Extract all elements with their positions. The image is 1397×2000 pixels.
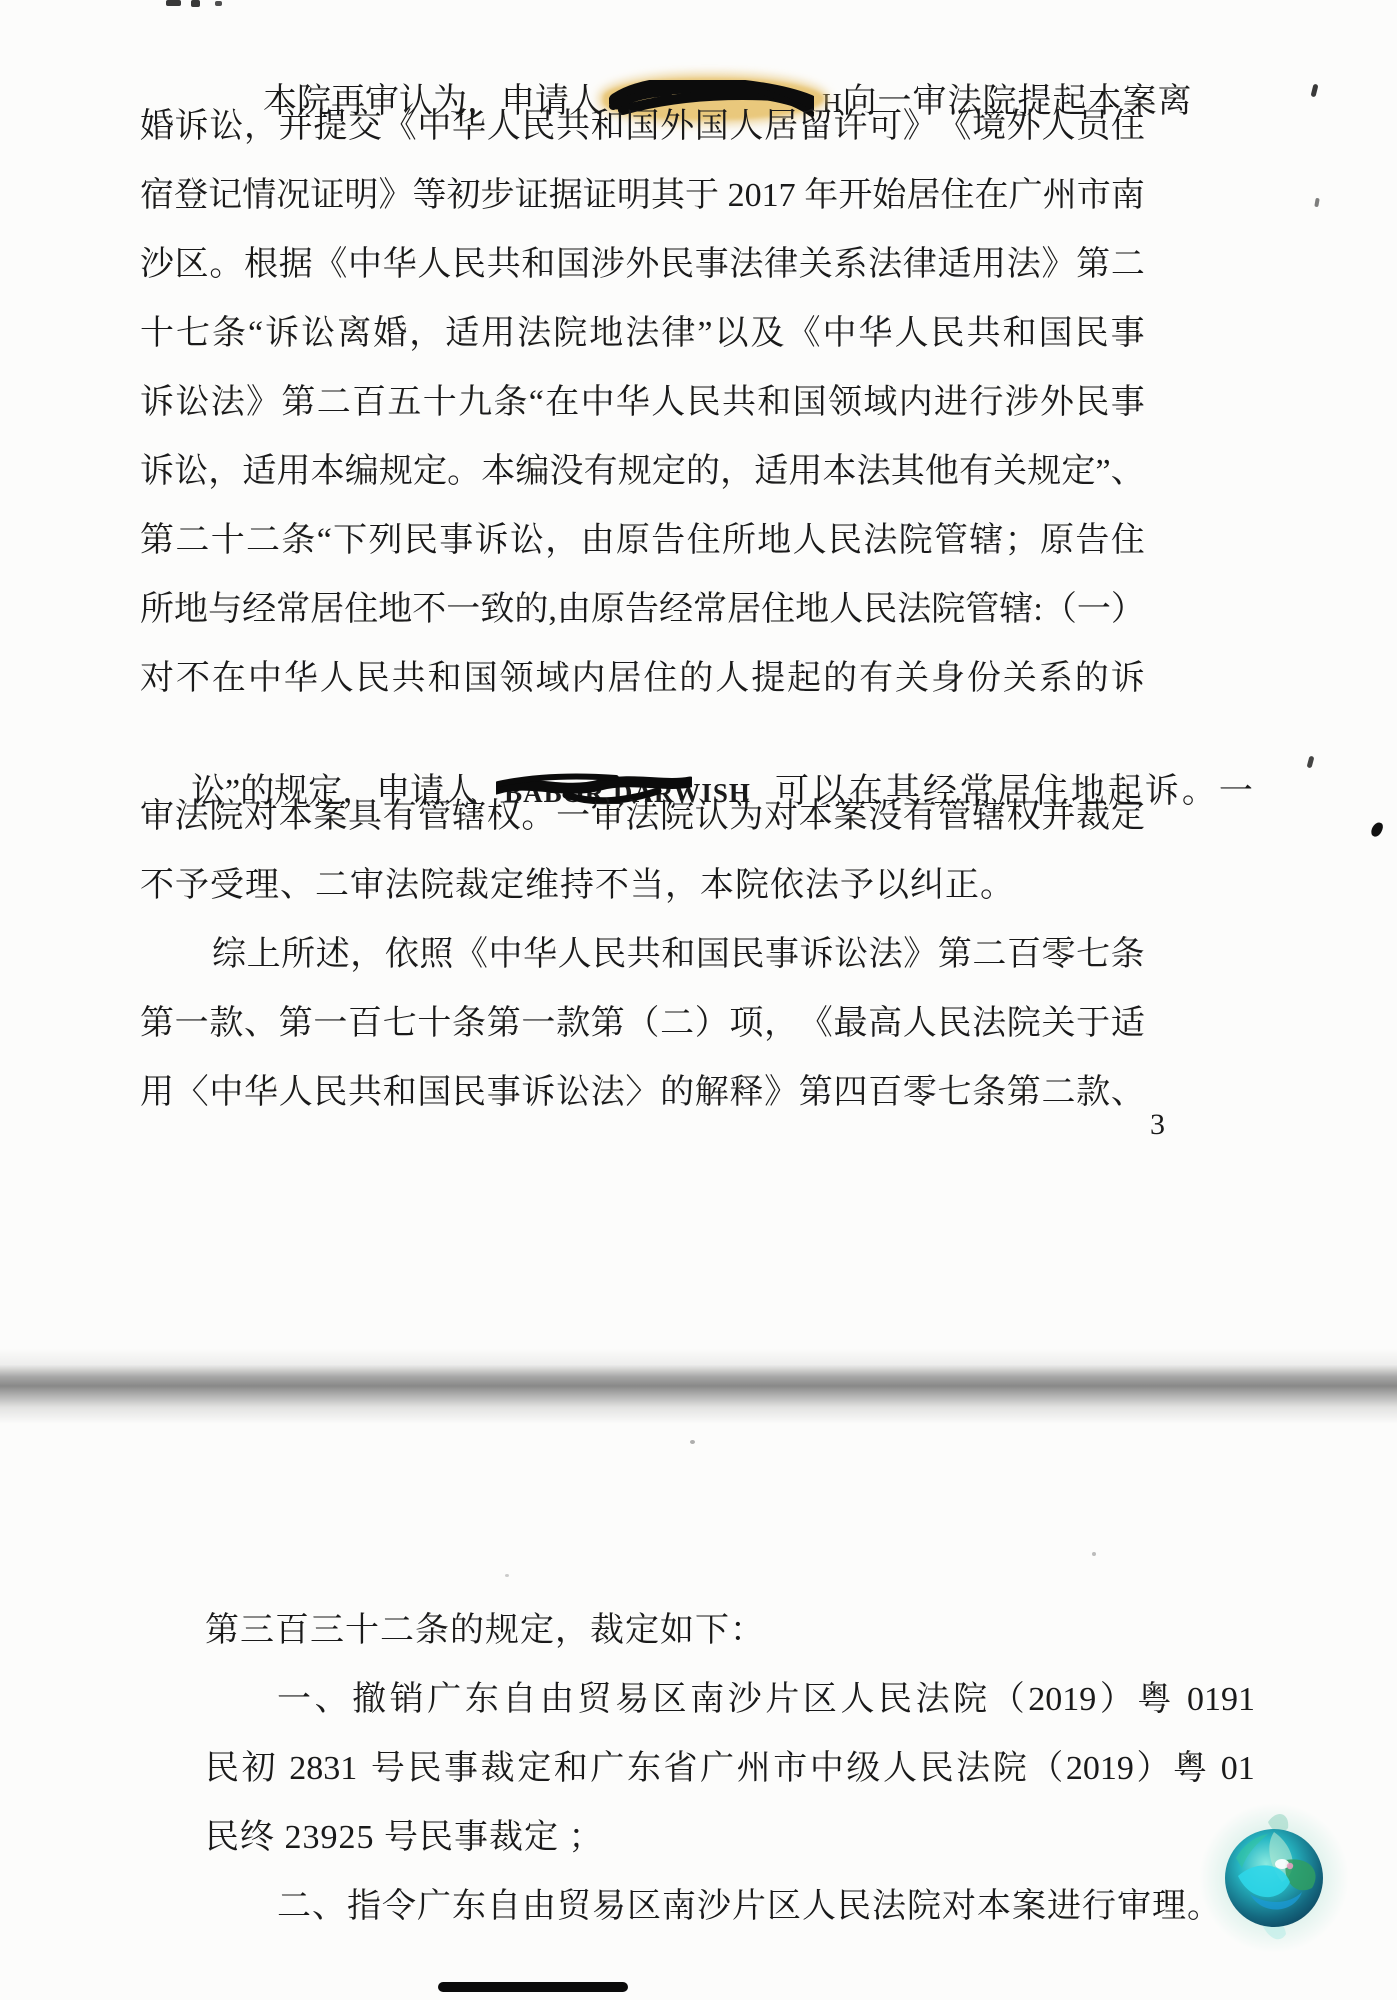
scan-speck xyxy=(1314,198,1320,208)
text-line: 所地与经常居住地不一致的,由原告经常居住地人民法院管辖:（一） xyxy=(140,588,1145,632)
scan-speck xyxy=(690,1440,695,1444)
sphere-logo-graphic xyxy=(1198,1802,1350,1954)
redaction-bar xyxy=(438,1982,628,1992)
text-line: 对不在中华人民共和国领域内居住的人提起的有关身份关系的诉 xyxy=(140,657,1145,701)
scan-speck xyxy=(1311,84,1319,98)
scan-speck xyxy=(505,1574,509,1577)
text-line: 二、指令广东自由贸易区南沙片区人民法院对本案进行审理。 xyxy=(277,1885,1255,1929)
page-2: 第三百三十二条的规定，裁定如下： 一、撤销广东自由贸易区南沙片区人民法院（201… xyxy=(0,1352,1397,2000)
text-line: 第二十二条“下列民事诉讼，由原告住所地人民法院管辖；原告住 xyxy=(140,519,1145,563)
text-line: 民终 23925 号民事裁定 ； xyxy=(205,1816,1255,1860)
text-line: 讼”的规定，申请人BABOR DARWISH可以在其经常居住地起诉。一 xyxy=(140,726,1145,770)
text-line: 不予受理、二审法院裁定维持不当，本院依法予以纠正。 xyxy=(140,864,1145,908)
sphere-logo xyxy=(1198,1802,1350,1954)
text-line: 宿登记情况证明》等初步证据证明其于 2017 年开始居住在广州市南 xyxy=(140,174,1145,218)
text-line: 沙区。根据《中华人民共和国涉外民事法律关系法律适用法》第二 xyxy=(140,243,1145,287)
page-1: 本院再审认为，申请人H向一审法院提起本案离 婚诉讼，并提交《中华人民共和国外国人… xyxy=(0,0,1397,1352)
text-line: 第三百三十二条的规定，裁定如下： xyxy=(205,1609,1255,1653)
text-line: 一、撤销广东自由贸易区南沙片区人民法院（2019）粤 0191 xyxy=(277,1678,1255,1722)
text-line: 综上所述，依照《中华人民共和国民事诉讼法》第二百零七条 xyxy=(212,933,1145,977)
text-line: 用〈中华人民共和国民事诉讼法〉的解释》第四百零七条第二款、 xyxy=(140,1071,1145,1115)
scan-speck xyxy=(1092,1552,1096,1556)
text-line: 本院再审认为，申请人H向一审法院提起本案离 xyxy=(212,36,1193,80)
page-number: 3 xyxy=(1150,1108,1165,1142)
scan-speck xyxy=(1370,821,1385,839)
scan-speck xyxy=(1307,756,1315,769)
text-line: 诉讼法》第二百五十九条“在中华人民共和国领域内进行涉外民事 xyxy=(140,381,1145,425)
cutoff-text-fragment xyxy=(166,0,181,6)
text-line: 民初 2831 号民事裁定和广东省广州市中级人民法院（2019）粤 01 xyxy=(205,1747,1255,1791)
text-line: 诉讼，适用本编规定。本编没有规定的，适用本法其他有关规定”、 xyxy=(140,450,1145,494)
scanned-court-document: 本院再审认为，申请人H向一审法院提起本案离 婚诉讼，并提交《中华人民共和国外国人… xyxy=(0,0,1397,2000)
cutoff-text-fragment xyxy=(215,1,222,6)
text-line: 审法院对本案具有管辖权。一审法院认为对本案没有管辖权并裁定 xyxy=(140,795,1145,839)
text-line: 婚诉讼，并提交《中华人民共和国外国人居留许可》《境外人员住 xyxy=(140,105,1145,149)
cutoff-text-fragment xyxy=(191,0,200,7)
text-line: 第一款、第一百七十条第一款第（二）项，《最高人民法院关于适 xyxy=(140,1002,1145,1046)
text-line: 十七条“诉讼离婚，适用法院地法律”以及《中华人民共和国民事 xyxy=(140,312,1145,356)
